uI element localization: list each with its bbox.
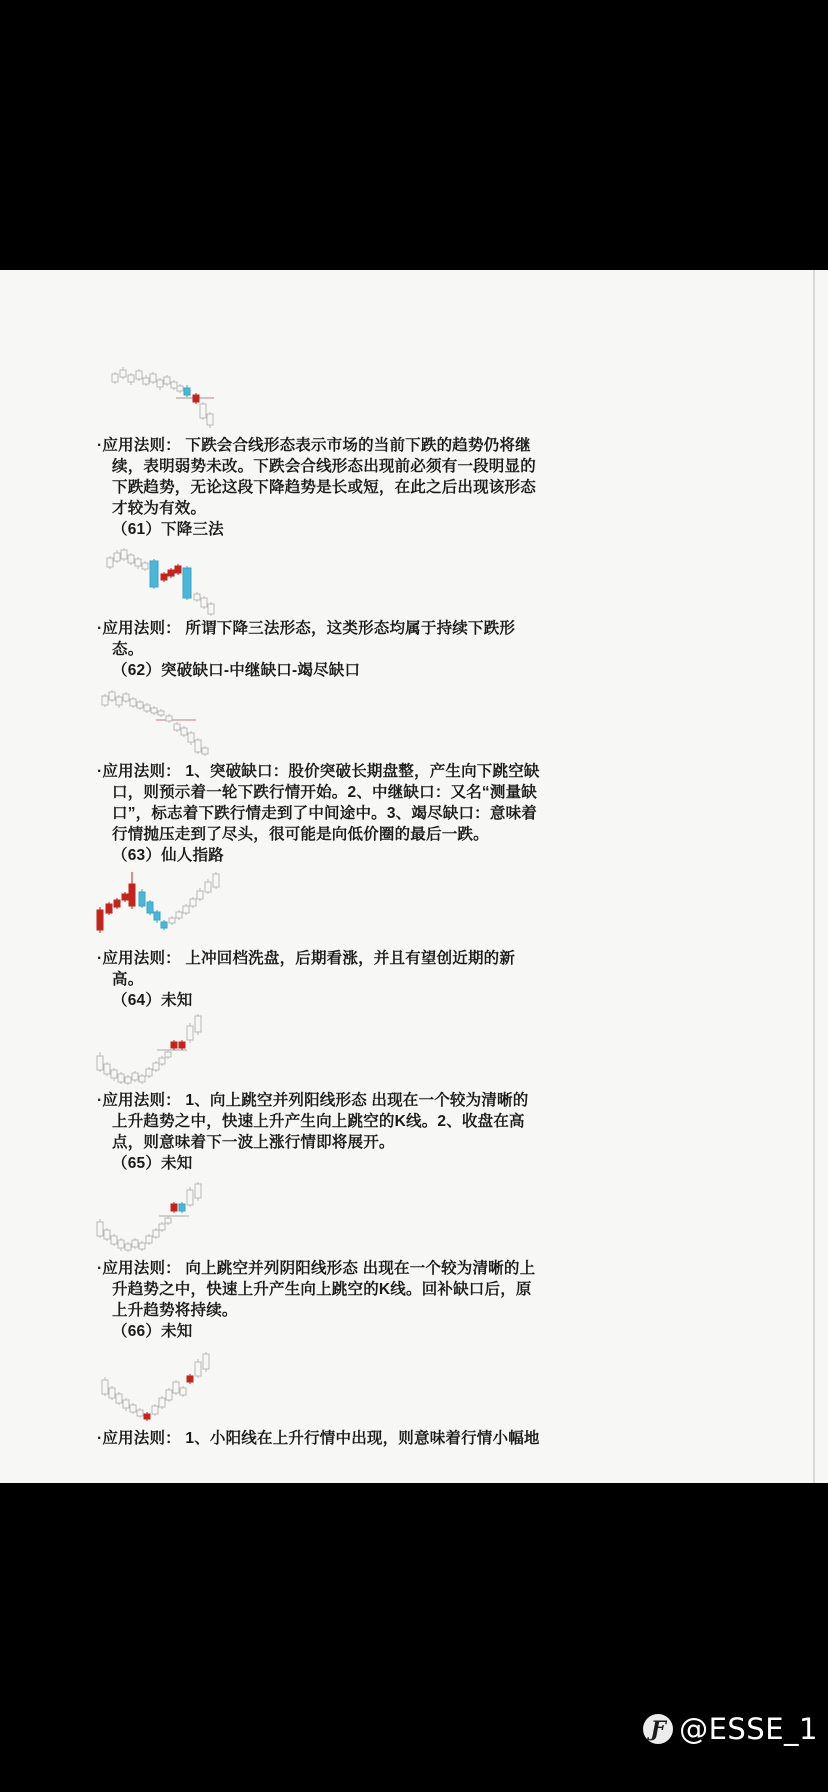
pattern-heading: （61）下降三法 — [97, 519, 562, 540]
rule-line: 续，表明弱势未改。下跌会合线形态出现前必须有一段明显的 — [97, 456, 562, 477]
rule-block-falling-three-methods: ·应用法则： 所谓下降三法形态，这类形态均属于持续下跌形态。（62）突破缺口-中… — [97, 618, 562, 681]
rule-line: 下跌趋势，无论这段下降趋势是长或短，在此之后出现该形态 — [97, 477, 562, 498]
rule-line: ·应用法则： 向上跳空并列阴阳线形态 出现在一个较为清晰的上 — [97, 1258, 562, 1279]
rule-block-upgap-side-by-side-yin-yang: ·应用法则： 向上跳空并列阴阳线形态 出现在一个较为清晰的上升趋势之中，快速上升… — [97, 1258, 562, 1342]
rule-line: 才较为有效。 — [97, 498, 562, 519]
rule-block-immortal-guides-way: ·应用法则： 上冲回档洗盘，后期看涨，并且有望创近期的新高。（64）未知 — [97, 948, 562, 1011]
rule-line: 口，则预示着一轮下跌行情开始。2、中继缺口：又名“测量缺 — [97, 782, 562, 803]
top-black-bar — [0, 0, 828, 270]
rule-line: ·应用法则： 下跌会合线形态表示市场的当前下跌的趋势仍将继 — [97, 435, 562, 456]
candlestick-chart-small-yang-line — [100, 1348, 222, 1426]
watermark-handle: @ESSE_1 — [679, 1712, 818, 1746]
candlestick-chart-upgap-side-by-side-yin-yang — [95, 1182, 217, 1254]
document-page: ·应用法则： 下跌会合线形态表示市场的当前下跌的趋势仍将继续，表明弱势未改。下跌… — [0, 270, 828, 1483]
rule-line: 升趋势之中，快速上升产生向上跳空的K线。回补缺口后，原 — [97, 1279, 562, 1300]
candlestick-chart-falling-three-methods — [105, 548, 240, 616]
candlestick-chart-fall-meeting-line — [110, 366, 225, 428]
rule-line: 态。 — [97, 639, 562, 660]
rule-line: ·应用法则： 1、向上跳空并列阳线形态 出现在一个较为清晰的 — [97, 1090, 562, 1111]
pattern-heading: （63）仙人指路 — [97, 845, 562, 866]
rule-line: 口”，标志着下跌行情走到了中间途中。3、竭尽缺口：意味着 — [97, 803, 562, 824]
candlestick-chart-upgap-side-by-side-yang — [95, 1012, 213, 1088]
pattern-heading: （62）突破缺口-中继缺口-竭尽缺口 — [97, 660, 562, 681]
rule-line: 高。 — [97, 969, 562, 990]
pattern-heading: （65）未知 — [97, 1153, 562, 1174]
rule-line: 行情抛压走到了尽头，很可能是向低价圈的最后一跌。 — [97, 824, 562, 845]
watermark: Ƒ @ESSE_1 — [643, 1712, 818, 1746]
rule-line: ·应用法则： 上冲回档洗盘，后期看涨，并且有望创近期的新 — [97, 948, 562, 969]
rule-block-fall-meeting-line: ·应用法则： 下跌会合线形态表示市场的当前下跌的趋势仍将继续，表明弱势未改。下跌… — [97, 435, 562, 540]
rule-block-upgap-side-by-side-yang: ·应用法则： 1、向上跳空并列阳线形态 出现在一个较为清晰的上升趋势之中，快速上… — [97, 1090, 562, 1174]
pattern-heading: （66）未知 — [97, 1321, 562, 1342]
pattern-heading: （64）未知 — [97, 990, 562, 1011]
rule-line: ·应用法则： 1、突破缺口：股价突破长期盘整，产生向下跳空缺 — [97, 761, 562, 782]
watermark-logo-icon: Ƒ — [643, 1714, 673, 1744]
rule-line: ·应用法则： 所谓下降三法形态，这类形态均属于持续下跌形 — [97, 618, 562, 639]
rule-block-three-gaps: ·应用法则： 1、突破缺口：股价突破长期盘整，产生向下跳空缺口，则预示着一轮下跌… — [97, 761, 562, 866]
candlestick-chart-immortal-guides-way — [95, 870, 235, 944]
rule-block-small-yang-line: ·应用法则： 1、小阳线在上升行情中出现，则意味着行情小幅地 — [97, 1428, 562, 1449]
page-right-edge-line — [813, 270, 815, 1483]
rule-line: 上升趋势之中，快速上升产生向上跳空的K线。2、收盘在高 — [97, 1111, 562, 1132]
rule-line: 上升趋势将持续。 — [97, 1300, 562, 1321]
candlestick-chart-three-gaps — [100, 690, 230, 756]
rule-line: 点，则意味着下一波上涨行情即将展开。 — [97, 1132, 562, 1153]
rule-line: ·应用法则： 1、小阳线在上升行情中出现，则意味着行情小幅地 — [97, 1428, 562, 1449]
